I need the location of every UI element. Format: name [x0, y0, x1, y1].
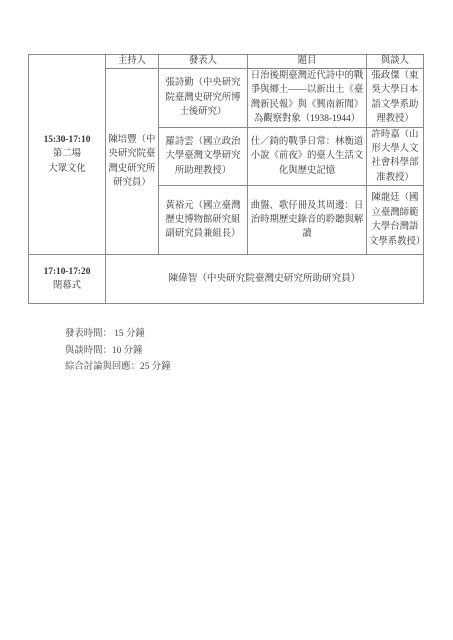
session-name: 第二場 [31, 147, 103, 161]
presenter-cell: 黃裕元（國立臺灣歷史博物館研究組副研究員兼組長） [159, 186, 248, 255]
topic-cell: 曲盤、歌仔冊及其周邊：日治時期歷史錄音的聆聽與解讀 [248, 186, 367, 255]
discussant-cell: 許時嘉（山形大學人文社會科學部准教授） [367, 127, 424, 186]
note-discussion-time: 與談時間：10 分鐘 [65, 343, 170, 360]
header-presenter: 發表人 [159, 55, 248, 69]
note-general-discussion-time: 綜合討論與回應：25 分鐘 [65, 359, 170, 376]
presenter-cell: 羅詩雲（國立政治大學臺灣文學研究所助理教授） [159, 127, 248, 186]
session-time: 15:30-17:10 [31, 133, 103, 147]
session-theme: 大眾文化 [31, 162, 103, 176]
time-notes: 發表時間： 15 分鐘 與談時間：10 分鐘 綜合討論與回應：25 分鐘 [65, 326, 170, 376]
closing-row: 17:10-17:20 閉幕式 陳偉智（中央研究院臺灣史研究所助研究員） [29, 255, 424, 304]
note-presentation-time: 發表時間： 15 分鐘 [65, 326, 170, 343]
document-page: 15:30-17:10 第二場 大眾文化 主持人 發表人 題目 與談人 陳培豐（… [0, 0, 453, 640]
topic-cell: 日治後期臺灣近代詩中的戰爭與鄉土——以新出土《臺灣新民報》與《興南新聞》為觀察對… [248, 69, 367, 128]
discussant-cell: 張政傑（東吳大學日本語文學系助理教授） [367, 69, 424, 128]
host-cell: 陳培豐（中央研究院臺灣史研究所研究員） [106, 69, 159, 255]
header-discussant: 與談人 [367, 55, 424, 69]
header-topic: 題目 [248, 55, 367, 69]
closing-time: 17:10-17:20 [31, 265, 103, 279]
schedule-table: 15:30-17:10 第二場 大眾文化 主持人 發表人 題目 與談人 陳培豐（… [28, 54, 424, 304]
presenter-cell: 張詩勤（中央研究院臺灣史研究所博士後研究） [159, 69, 248, 128]
table-header-row: 15:30-17:10 第二場 大眾文化 主持人 發表人 題目 與談人 [29, 55, 424, 69]
topic-cell: 仕／錡的戰爭日常：林衡道小說《前夜》的臺人生活文化與歷史記憶 [248, 127, 367, 186]
header-host: 主持人 [106, 55, 159, 69]
closing-name: 閉幕式 [31, 279, 103, 293]
discussant-cell: 陳龍廷（國立臺灣師範大學台灣語文學系教授） [367, 186, 424, 255]
closing-speaker: 陳偉智（中央研究院臺灣史研究所助研究員） [106, 255, 424, 304]
closing-session-cell: 17:10-17:20 閉幕式 [29, 255, 106, 304]
session-cell: 15:30-17:10 第二場 大眾文化 [29, 55, 106, 255]
